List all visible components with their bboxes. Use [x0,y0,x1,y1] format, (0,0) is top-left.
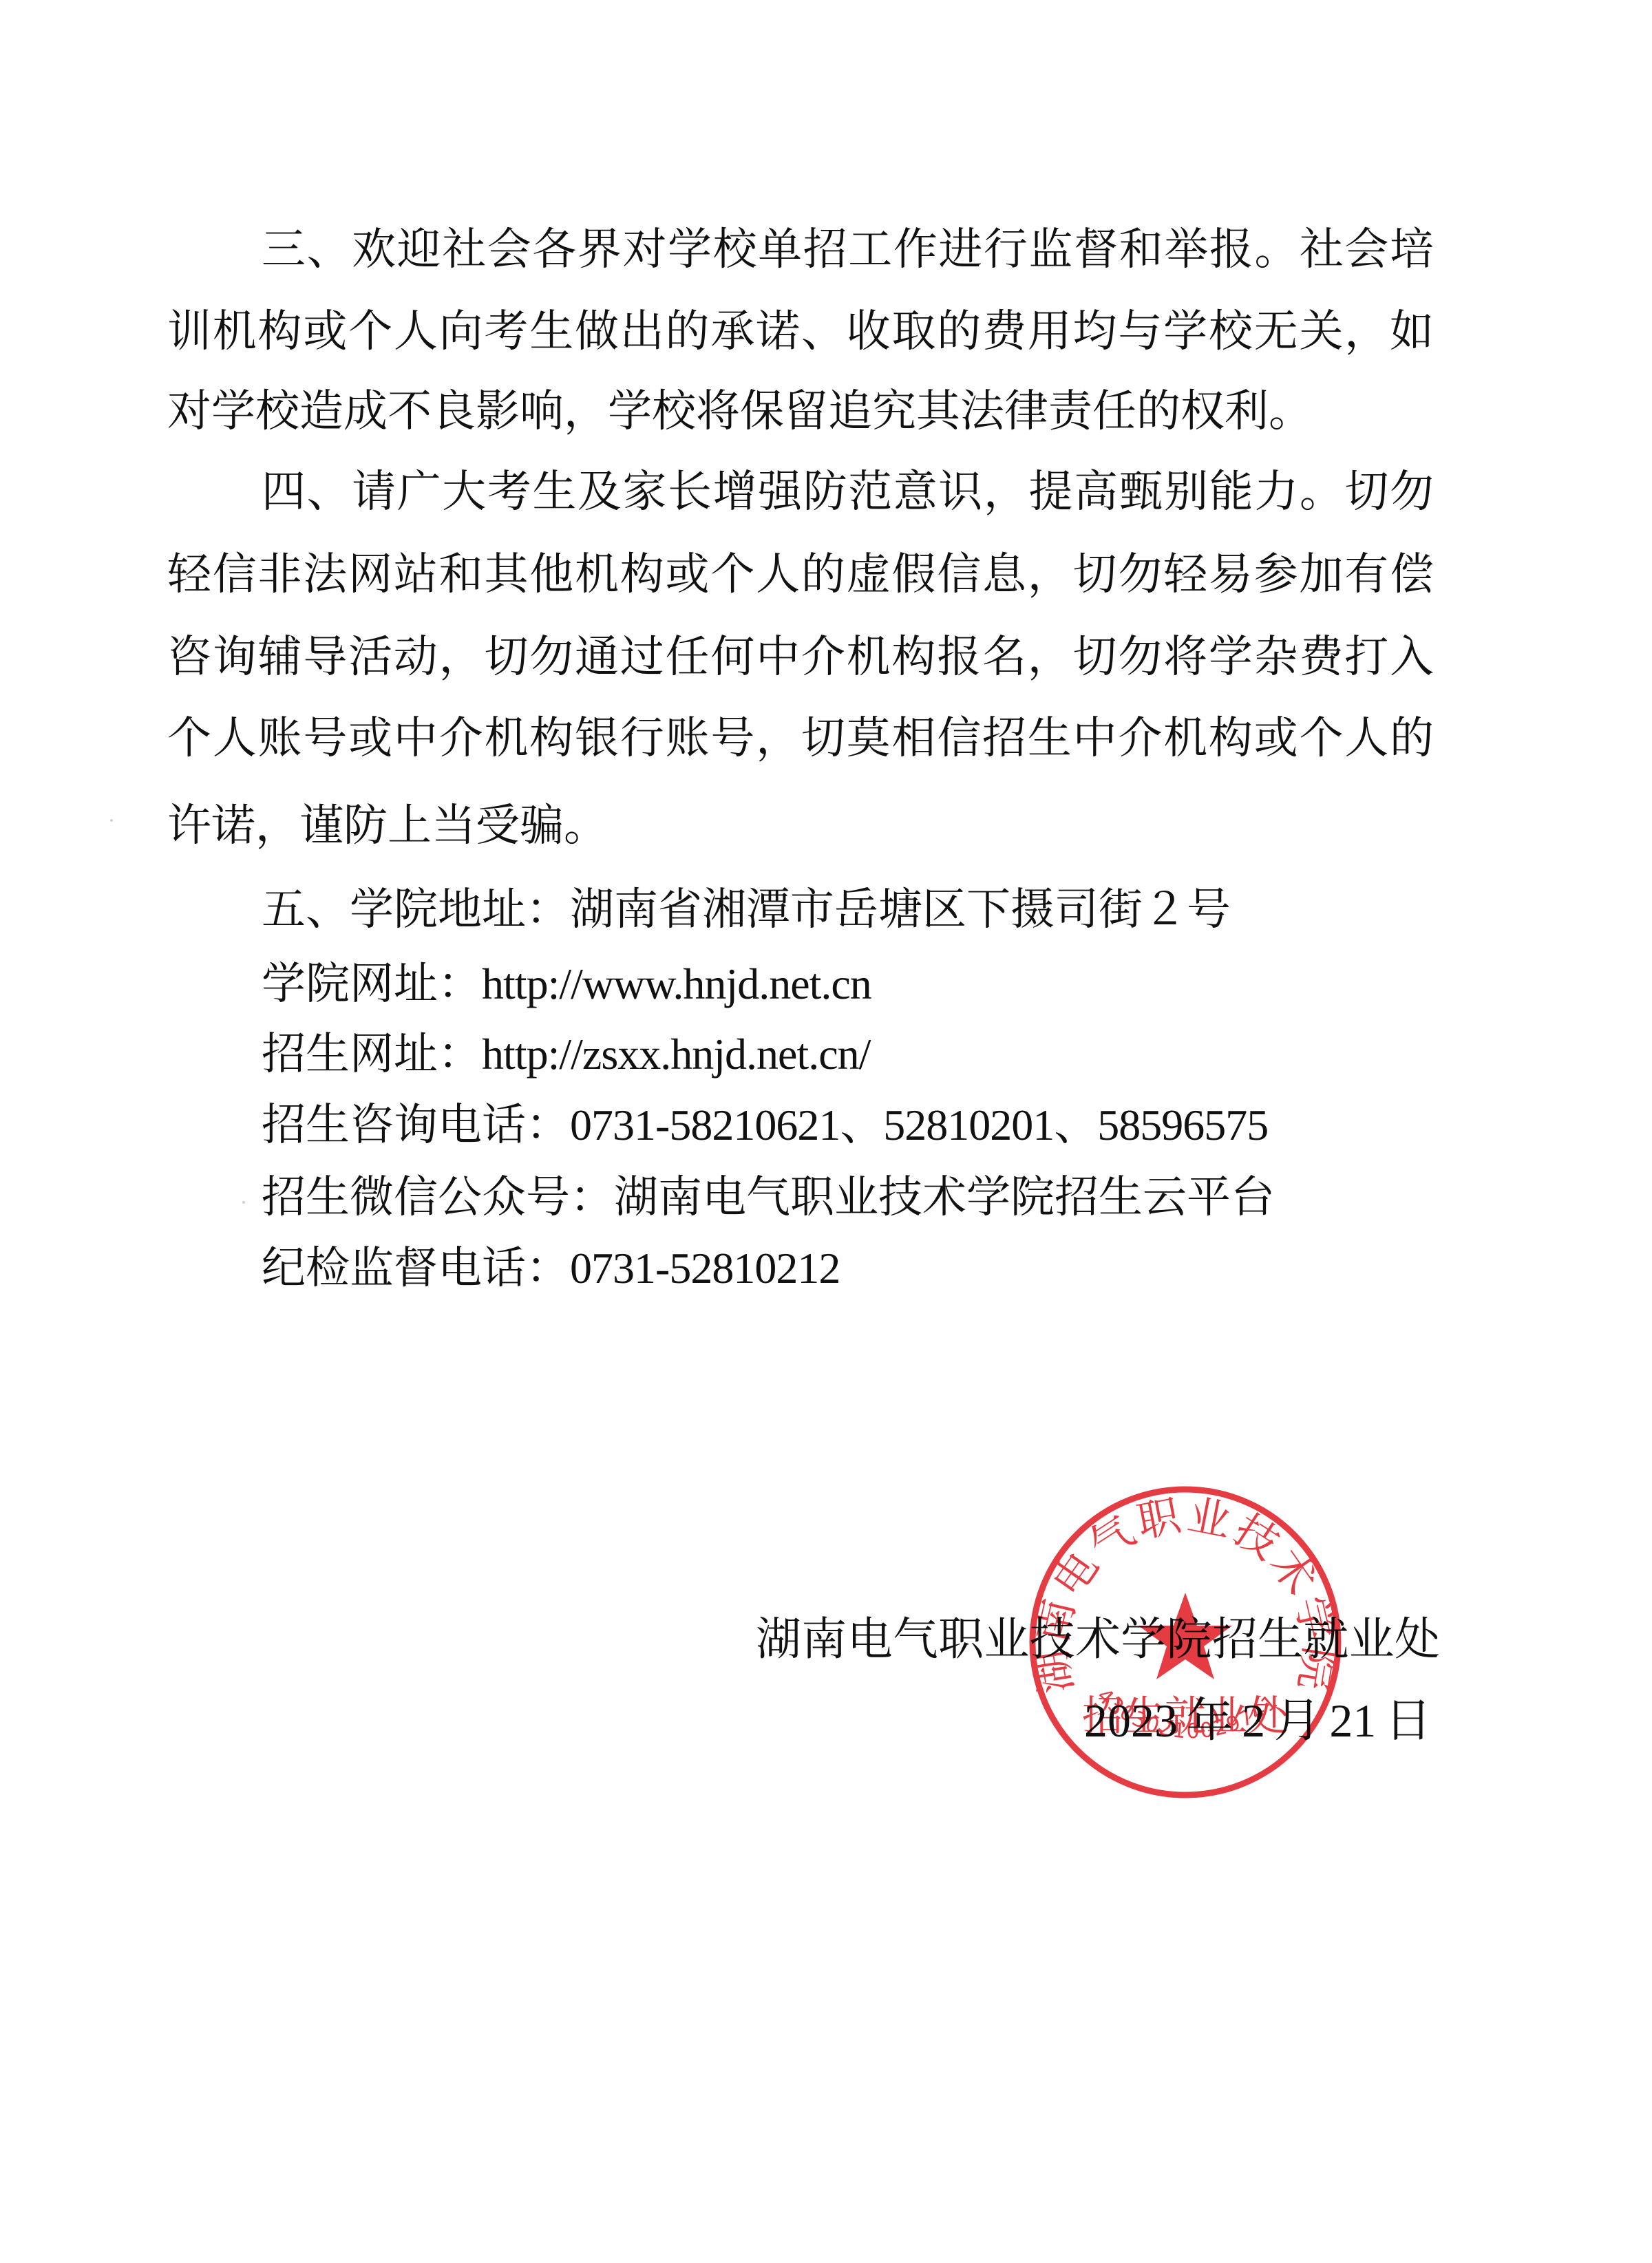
section-4-line-2: 轻信非法网站和其他机构或个人的虚假信息，切勿轻易参加有偿 [167,544,1434,606]
website-link[interactable]: http://www.hnjd.net.cn [482,959,871,1008]
wechat-value: 湖南电气职业技术学院招生云平台 [614,1172,1275,1223]
section-4-line-4: 个人账号或中介机构银行账号，切莫相信招生中介机构或个人的 [167,708,1434,769]
hotline-row: 招生咨询电话：0731-58210621、52810201、58596575 [262,1094,1268,1156]
wechat-row: 招生微信公众号：湖南电气职业技术学院招生云平台 [262,1167,1275,1229]
hotline-value: 0731-58210621、52810201、58596575 [570,1101,1268,1149]
official-seal-icon: 湖南电气职业技术学院 招生就业处 43030210029741 [1026,1483,1345,1802]
address-label: 五、学院地址： [262,884,570,935]
supervision-label: 纪检监督电话： [262,1243,570,1294]
section-4-line-5: 许诺，谨防上当受骗。 [167,795,1434,857]
seal-star-icon [1139,1593,1232,1679]
hotline-label: 招生咨询电话： [262,1100,570,1151]
website-label: 学院网址： [262,959,482,1010]
section-4-line-1: 四、请广大考生及家长增强防范意识，提高甄别能力。切勿 [262,461,1434,523]
address-value: 湖南省湘潭市岳塘区下摄司街２号 [570,884,1231,935]
admissions-site-row: 招生网址：http://zsxx.hnjd.net.cn/ [262,1023,870,1085]
section-3-line-1: 三、欢迎社会各界对学校单招工作进行监督和举报。社会培 [262,219,1434,281]
wechat-label: 招生微信公众号： [262,1172,614,1223]
supervision-value: 0731-52810212 [570,1244,840,1293]
section-3-line-3: 对学校造成不良影响，学校将保留追究其法律责任的权利。 [167,381,1434,443]
section-4-line-3: 咨询辅导活动，切勿通过任何中介机构报名，切勿将学杂费打入 [167,626,1434,688]
website-row: 学院网址：http://www.hnjd.net.cn [262,953,871,1015]
admissions-site-link[interactable]: http://zsxx.hnjd.net.cn/ [482,1030,870,1079]
document-page: 三、欢迎社会各界对学校单招工作进行监督和举报。社会培 训机构或个人向考生做出的承… [0,0,1652,2263]
supervision-row: 纪检监督电话：0731-52810212 [262,1237,840,1299]
address-row: 五、学院地址：湖南省湘潭市岳塘区下摄司街２号 [262,879,1231,941]
scan-speck [110,819,113,822]
date-day-unit: 日 [1385,1690,1432,1752]
section-3-line-2: 训机构或个人向考生做出的承诺、收取的费用均与学校无关，如 [167,301,1434,363]
scan-speck [242,1201,245,1204]
admissions-site-label: 招生网址： [262,1029,482,1080]
